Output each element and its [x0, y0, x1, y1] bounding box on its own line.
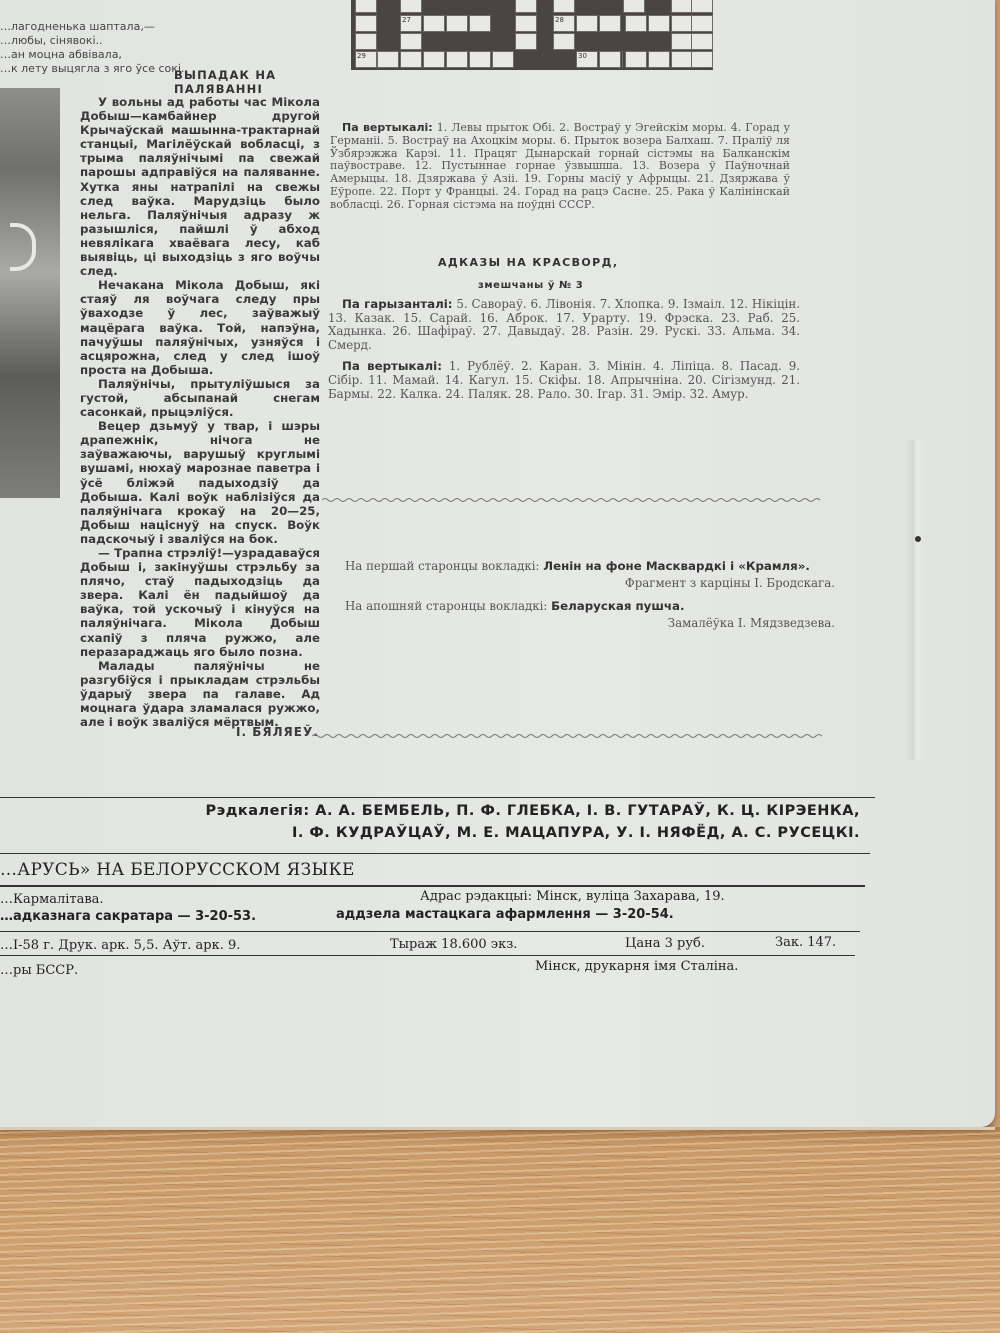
cell-number: 30 [578, 52, 587, 60]
cover-front-label: На першай старонцы вокладкі: [345, 559, 540, 573]
magazine-page: …лагодненька шаптала,— …любы, сінявокі..… [0, 0, 995, 1127]
photo-fragment [0, 88, 60, 498]
answers-subtitle: змешчаны ў № 3 [478, 280, 583, 291]
answers-horizontal-label: Па гарызанталі: [342, 297, 453, 311]
wavy-divider [322, 497, 822, 503]
clues-vertical-label: Па вертыкалі: [342, 121, 433, 134]
wavy-divider [312, 733, 822, 739]
cover-back-title: Беларуская пушча. [551, 599, 684, 613]
crossword-grid-right [623, 0, 713, 70]
cell-number: 29 [357, 52, 366, 60]
language-line: …АРУСЬ» НА БЕЛОРУССКОМ ЯЗЫКЕ [0, 860, 355, 880]
clues-vertical-text: 1. Левы прыток Обі. 2. Востраў у Эгейскі… [330, 121, 790, 211]
story-paragraph: У вольны ад работы час Мікола Добыш—камб… [80, 95, 320, 278]
answers-title: АДКАЗЫ НА КРАСВОРД, [438, 256, 618, 269]
editor-fragment: …Кармалітава. [0, 892, 104, 907]
staple-hole [915, 536, 921, 542]
phone-art-dept: аддзела мастацкага афармлення — 3-20-54. [336, 907, 674, 922]
price: Цана 3 руб. [625, 936, 705, 951]
story-body: У вольны ад работы час Мікола Добыш—камб… [80, 95, 320, 729]
cover-back-credit: Замалёўка І. Мядзведзева. [330, 615, 835, 632]
editorial-board: Рэдкалегія: А. А. БЕМБЕЛЬ, П. Ф. ГЛЕБКА,… [206, 800, 861, 844]
poem-line: …любы, сінявокі.. [0, 34, 103, 48]
board-line: Рэдкалегія: А. А. БЕМБЕЛЬ, П. Ф. ГЛЕБКА,… [206, 800, 861, 822]
story-paragraph: Паляўнічы, прытуліўшыся за густой, абсып… [80, 377, 320, 419]
answers-vertical-label: Па вертыкалі: [342, 359, 442, 373]
circulation: Тыраж 18.600 экз. [390, 937, 517, 952]
board-line: І. Ф. КУДРАЎЦАЎ, М. Е. МАЦАПУРА, У. І. Н… [206, 822, 861, 844]
poem-line: …к лету выцягла з яго ўсе сокі. [0, 62, 184, 76]
publisher-fragment: …ры БССР. [0, 963, 78, 978]
printing-house: Мінск, друкарня імя Сталіна. [535, 959, 738, 974]
poem-line: …ан моцна абвівала, [0, 48, 122, 62]
poem-title-fragment: …ХАННІ [0, 0, 66, 4]
cell-number: 28 [555, 16, 564, 24]
crossword-answers: Па гарызанталі: 5. Савораў. 6. Лівонія. … [328, 298, 800, 409]
print-info: …І-58 г. Друк. арк. 5,5. Аўт. арк. 9. [0, 938, 240, 953]
cover-credits: На першай старонцы вокладкі: Ленін на фо… [330, 558, 835, 632]
wooden-table-background [0, 1125, 1000, 1333]
crossword-grid: 29 27 28 30 [351, 0, 627, 70]
story-paragraph: — Трапна стрэліў!—узрадаваўся Добыш і, з… [80, 546, 320, 659]
cover-front-title: Ленін на фоне Масквардкі і «Крамля». [543, 559, 810, 573]
editorial-address: Адрас рэдакцыі: Мінск, вуліца Захарава, … [420, 889, 725, 904]
cover-back-label: На апошняй старонцы вокладкі: [345, 599, 547, 613]
cell-number: 27 [402, 16, 411, 24]
story-paragraph: Нечакана Мікола Добыш, які стаяў ля воўч… [80, 278, 320, 377]
story-author: І. БЯЛЯЕЎ. [236, 725, 319, 739]
story-title: ВЫПАДАК НА ПАЛЯВАННІ [174, 68, 320, 96]
cover-front-credit: Фрагмент з карціны І. Бродскага. [330, 575, 835, 592]
order-number: Зак. 147. [775, 935, 836, 950]
page-crease [905, 440, 925, 760]
crossword-clues-vertical: Па вертыкалі: 1. Левы прыток Обі. 2. Вос… [330, 122, 790, 212]
poem-line: …лагодненька шаптала,— [0, 20, 155, 34]
phone-secretary: …адказнага сакратара — 3-20-53. [0, 909, 256, 924]
story-paragraph: Вецер дзьмуў у твар, і шэры драпежнік, н… [80, 419, 320, 546]
story-paragraph: Малады паляўнічы не разгубіўся і прыклад… [80, 659, 320, 729]
